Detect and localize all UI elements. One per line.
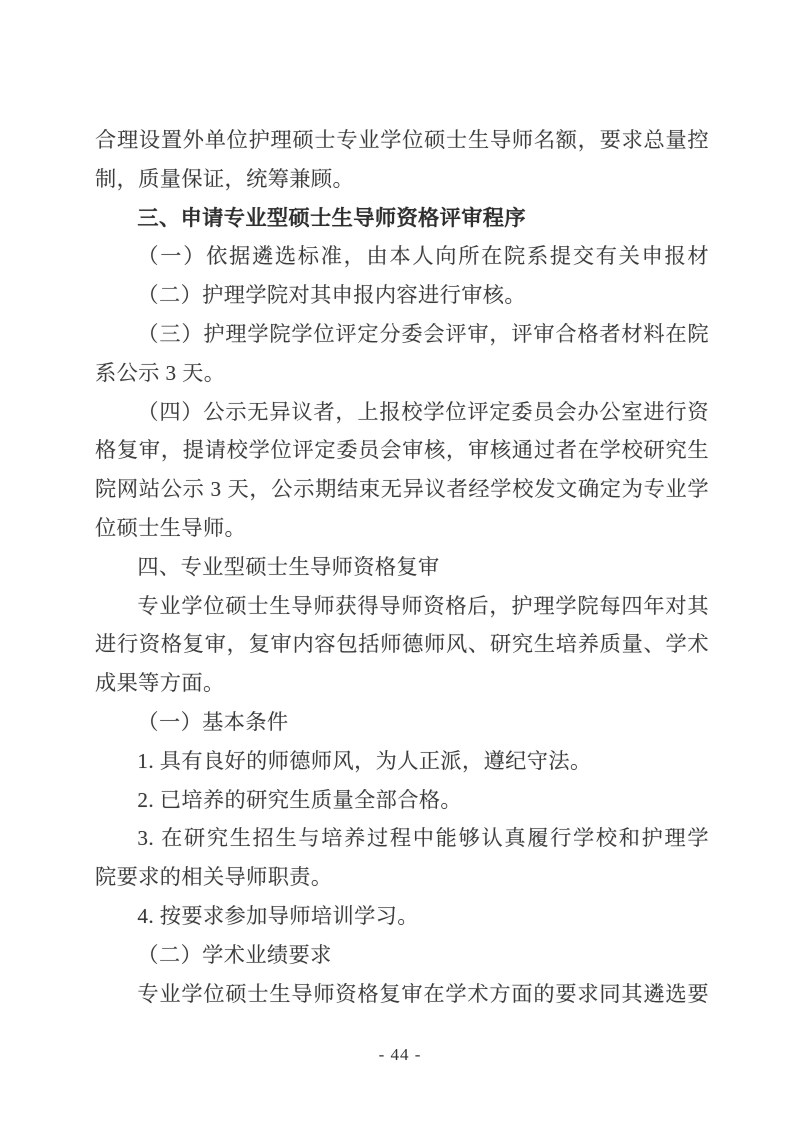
numbered-item-line: 3. 在研究生招生与培养过程中能够认真履行学校和护理学 xyxy=(95,819,709,858)
subsection-heading: （一）基本条件 xyxy=(95,703,709,742)
document-page: 合理设置外单位护理硕士专业学位硕士生导师名额，要求总量控 制，质量保证，统筹兼顾… xyxy=(0,0,800,1131)
section-heading-four: 四、专业型硕士生导师资格复审 xyxy=(95,548,709,587)
paragraph-line: 专业学位硕士生导师资格复审在学术方面的要求同其遴选要 xyxy=(95,975,709,1014)
numbered-item-line: 4. 按要求参加导师培训学习。 xyxy=(95,897,709,936)
paragraph-line: 院网站公示 3 天，公示期结束无异议者经学校发文确定为专业学 xyxy=(95,470,709,509)
numbered-item-line: 2. 已培养的研究生质量全部合格。 xyxy=(95,781,709,820)
subsection-heading: （二）学术业绩要求 xyxy=(95,936,709,975)
paragraph-line: 格复审，提请校学位评定委员会审核，审核通过者在学校研究生 xyxy=(95,431,709,470)
paragraph-line: 合理设置外单位护理硕士专业学位硕士生导师名额，要求总量控 xyxy=(95,121,709,160)
list-item-line: （一）依据遴选标准，由本人向所在院系提交有关申报材料。 xyxy=(95,237,709,276)
numbered-item-line: 1. 具有良好的师德师风，为人正派，遵纪守法。 xyxy=(95,742,709,781)
paragraph-line: 专业学位硕士生导师获得导师资格后，护理学院每四年对其 xyxy=(95,587,709,626)
list-item-line: （三）护理学院学位评定分委会评审，评审合格者材料在院 xyxy=(95,315,709,354)
paragraph-line: 院要求的相关导师职责。 xyxy=(95,858,709,897)
paragraph-line: 制，质量保证，统筹兼顾。 xyxy=(95,160,709,199)
section-heading-three: 三、申请专业型硕士生导师资格评审程序 xyxy=(95,199,709,238)
page-number: - 44 - xyxy=(0,1043,800,1067)
paragraph-line: 成果等方面。 xyxy=(95,664,709,703)
paragraph-line: 位硕士生导师。 xyxy=(95,509,709,548)
document-body: 合理设置外单位护理硕士专业学位硕士生导师名额，要求总量控 制，质量保证，统筹兼顾… xyxy=(95,121,709,1013)
list-item-line: （二）护理学院对其申报内容进行审核。 xyxy=(95,276,709,315)
paragraph-line: 进行资格复审，复审内容包括师德师风、研究生培养质量、学术 xyxy=(95,625,709,664)
paragraph-line: 系公示 3 天。 xyxy=(95,354,709,393)
list-item-line: （四）公示无异议者，上报校学位评定委员会办公室进行资 xyxy=(95,393,709,432)
